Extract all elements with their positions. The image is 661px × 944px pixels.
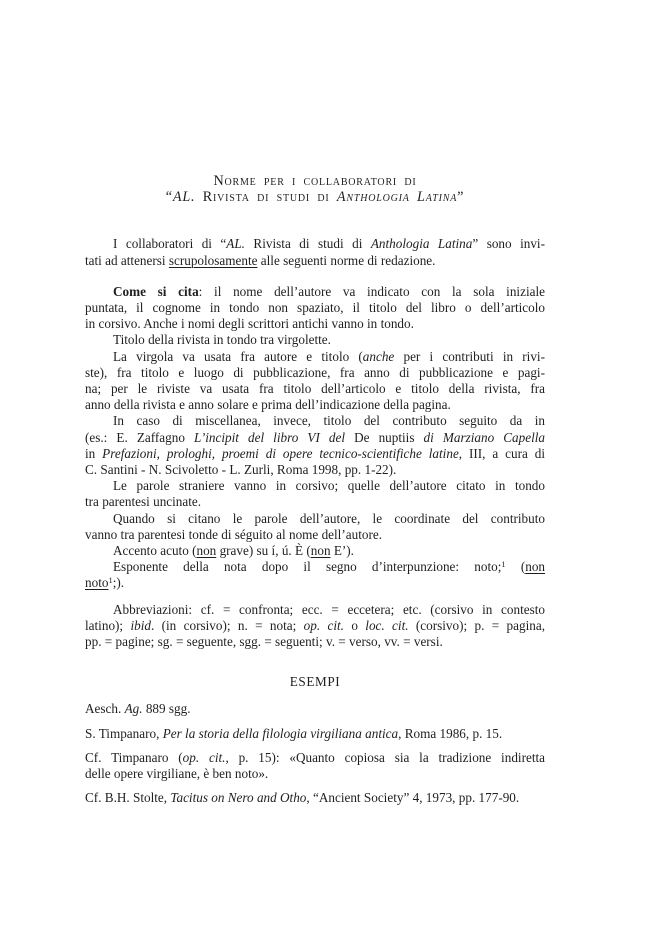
text-run: Quando si citano le parole dell’autore, … bbox=[113, 511, 545, 526]
text-line: In caso di miscellanea, invece, titolo d… bbox=[85, 413, 545, 429]
text-run: Per la storia della filologia virgiliana… bbox=[163, 726, 398, 741]
text-run: . (in corsivo); n. = nota; bbox=[151, 618, 304, 633]
text-run: loc. cit. bbox=[365, 618, 408, 633]
abbreviazioni-paragraph: Abbreviazioni: cf. = confronta; ecc. = e… bbox=[85, 602, 545, 651]
text-line: ste), fra titolo e luogo di pubblicazion… bbox=[85, 365, 545, 381]
text-run: op. cit. bbox=[304, 618, 344, 633]
text-run: grave) su í, ú. È ( bbox=[216, 543, 310, 558]
scanned-document-page: Norme per i collaboratori di“AL. Rivista… bbox=[0, 0, 661, 944]
text-line: latino); ibid. (in corsivo); n. = nota; … bbox=[85, 618, 545, 634]
come-si-cita-paragraph: Come si cita: il nome dell’autore va ind… bbox=[85, 284, 545, 333]
text-run: non bbox=[311, 543, 331, 558]
text-run: La virgola va usata fra autore e titolo … bbox=[113, 349, 363, 364]
text-line: in Prefazioni, prologhi, proemi di opere… bbox=[85, 446, 545, 462]
text-line: ESEMPI bbox=[85, 674, 545, 690]
text-line: (es.: E. Zaffagno L’incipit del libro VI… bbox=[85, 430, 545, 446]
text-run: Cf. B.H. Stolte, bbox=[85, 790, 170, 805]
example-timpanaro: S. Timpanaro, Per la storia della filolo… bbox=[85, 726, 545, 742]
text-line: Abbreviazioni: cf. = confronta; ecc. = e… bbox=[85, 602, 545, 618]
text-run: ” bbox=[457, 189, 464, 205]
text-line: delle opere virgiliane, è ben noto». bbox=[85, 766, 545, 782]
text-run: anno della rivista e anno solare e prima… bbox=[85, 397, 451, 412]
text-run: Esponente della nota dopo il segno d’int… bbox=[113, 559, 501, 574]
text-line: noto1;). bbox=[85, 575, 545, 591]
text-run: anche bbox=[363, 349, 395, 364]
text-line: pp. = pagine; sg. = seguente, sgg. = seg… bbox=[85, 634, 545, 650]
text-run: Rivista di studi di bbox=[195, 189, 337, 205]
text-run: L’incipit del libro VI del bbox=[194, 430, 345, 445]
text-line: Cf. Timpanaro (op. cit., p. 15): «Quanto… bbox=[85, 750, 545, 766]
text-line: “AL. Rivista di studi di Anthologia Lati… bbox=[85, 189, 545, 205]
text-run: Aesch. bbox=[85, 701, 125, 716]
example-stolte: Cf. B.H. Stolte, Tacitus on Nero and Oth… bbox=[85, 790, 545, 806]
text-run: S. Timpanaro, bbox=[85, 726, 163, 741]
text-run: alle seguenti norme di redazione. bbox=[257, 253, 435, 268]
text-run: Accento acuto ( bbox=[113, 543, 196, 558]
example-timpanaro-quote: Cf. Timpanaro (op. cit., p. 15): «Quanto… bbox=[85, 750, 545, 782]
text-line: Aesch. Ag. 889 sgg. bbox=[85, 701, 545, 717]
text-line: Quando si citano le parole dell’autore, … bbox=[85, 511, 545, 527]
text-run: pp. = pagine; sg. = seguente, sgg. = seg… bbox=[85, 634, 443, 649]
text-run: ste), fra titolo e luogo di pubblicazion… bbox=[85, 365, 545, 380]
text-run: ibid bbox=[130, 618, 151, 633]
text-run: Norme per i collaboratori di bbox=[213, 173, 416, 189]
text-run: In caso di miscellanea, invece, titolo d… bbox=[113, 413, 545, 428]
text-line: Le parole straniere vanno in corsivo; qu… bbox=[85, 478, 545, 494]
text-run: in corsivo. Anche i nomi degli scrittori… bbox=[85, 316, 414, 331]
text-run: non bbox=[525, 559, 545, 574]
text-run: Tacitus on Nero and Otho bbox=[170, 790, 306, 805]
text-run: ESEMPI bbox=[290, 674, 341, 689]
text-run: Rivista di studi di bbox=[245, 236, 371, 251]
text-run: , p. 15): «Quanto copiosa sia la tradizi… bbox=[225, 750, 545, 765]
text-run: C. Santini - N. Scivoletto - L. Zurli, R… bbox=[85, 462, 396, 477]
accento-paragraph: Accento acuto (non grave) su í, ú. È (no… bbox=[85, 543, 545, 559]
text-run: tra parentesi uncinate. bbox=[85, 494, 201, 509]
text-run: o bbox=[344, 618, 365, 633]
text-run: AL. bbox=[226, 236, 245, 251]
text-run: Cf. Timpanaro ( bbox=[85, 750, 183, 765]
text-run: non bbox=[196, 543, 216, 558]
text-run: AL. bbox=[173, 189, 196, 205]
text-run: (es.: E. Zaffagno bbox=[85, 430, 194, 445]
text-run: Come si cita bbox=[113, 284, 199, 299]
text-line: puntata, il cognome in tondo non spaziat… bbox=[85, 300, 545, 316]
text-line: anno della rivista e anno solare e prima… bbox=[85, 397, 545, 413]
text-run: na; per le riviste va usata fra titolo d… bbox=[85, 381, 545, 396]
esponente-paragraph: Esponente della nota dopo il segno d’int… bbox=[85, 559, 545, 591]
text-run: I collaboratori di “ bbox=[113, 236, 226, 251]
example-aeschylus: Aesch. Ag. 889 sgg. bbox=[85, 701, 545, 717]
text-line: I collaboratori di “AL. Rivista di studi… bbox=[85, 236, 545, 252]
text-run: latino); bbox=[85, 618, 130, 633]
page-content: Norme per i collaboratori di“AL. Rivista… bbox=[85, 0, 545, 807]
text-line: Cf. B.H. Stolte, Tacitus on Nero and Oth… bbox=[85, 790, 545, 806]
text-run: ” sono invi- bbox=[472, 236, 545, 251]
text-run: delle opere virgiliane, è ben noto». bbox=[85, 766, 268, 781]
text-run: in bbox=[85, 446, 102, 461]
text-run: Ag. bbox=[125, 701, 143, 716]
text-run: Titolo della rivista in tondo tra virgol… bbox=[113, 332, 331, 347]
text-line: Esponente della nota dopo il segno d’int… bbox=[85, 559, 545, 575]
text-line: Accento acuto (non grave) su í, ú. È (no… bbox=[85, 543, 545, 559]
text-run: ( bbox=[506, 559, 526, 574]
text-run: , “Ancient Society” 4, 1973, pp. 177-90. bbox=[306, 790, 519, 805]
text-run: E’). bbox=[331, 543, 354, 558]
text-run: Abbreviazioni: cf. = confronta; ecc. = e… bbox=[113, 602, 545, 617]
text-run: ;). bbox=[113, 575, 124, 590]
text-line: S. Timpanaro, Per la storia della filolo… bbox=[85, 726, 545, 742]
text-line: tati ad attenersi scrupolosamente alle s… bbox=[85, 253, 545, 269]
text-line: C. Santini - N. Scivoletto - L. Zurli, R… bbox=[85, 462, 545, 478]
text-run: De nuptiis bbox=[345, 430, 424, 445]
text-run: per i contributi in rivi- bbox=[394, 349, 545, 364]
text-run: 889 sgg. bbox=[143, 701, 191, 716]
virgola-paragraph: La virgola va usata fra autore e titolo … bbox=[85, 349, 545, 414]
text-run: : il nome dell’autore va indicato con la… bbox=[199, 284, 545, 299]
text-run: vanno tra parentesi tonde di séguito al … bbox=[85, 527, 382, 542]
text-line: vanno tra parentesi tonde di séguito al … bbox=[85, 527, 545, 543]
esempi-heading: ESEMPI bbox=[85, 674, 545, 690]
text-run: tati ad attenersi bbox=[85, 253, 169, 268]
text-line: Norme per i collaboratori di bbox=[85, 173, 545, 189]
text-run: , III, a cura di bbox=[459, 446, 545, 461]
text-run: scrupolosamente bbox=[169, 253, 258, 268]
text-run: Anthologia Latina bbox=[337, 189, 457, 205]
text-run: (corsivo); p. = pagina, bbox=[409, 618, 545, 633]
text-run: Anthologia Latina bbox=[371, 236, 473, 251]
text-line: in corsivo. Anche i nomi degli scrittori… bbox=[85, 316, 545, 332]
titolo-rivista-paragraph: Titolo della rivista in tondo tra virgol… bbox=[85, 332, 545, 348]
text-run: noto bbox=[85, 575, 108, 590]
main-title: Norme per i collaboratori di“AL. Rivista… bbox=[85, 173, 545, 205]
text-line: Titolo della rivista in tondo tra virgol… bbox=[85, 332, 545, 348]
text-run: “ bbox=[166, 189, 173, 205]
text-line: tra parentesi uncinate. bbox=[85, 494, 545, 510]
intro-paragraph: I collaboratori di “AL. Rivista di studi… bbox=[85, 236, 545, 268]
text-run: Prefazioni, prologhi, proemi di opere te… bbox=[102, 446, 459, 461]
text-line: na; per le riviste va usata fra titolo d… bbox=[85, 381, 545, 397]
text-run: puntata, il cognome in tondo non spaziat… bbox=[85, 300, 545, 315]
text-run: , Roma 1986, p. 15. bbox=[398, 726, 502, 741]
citazioni-paragraph: Quando si citano le parole dell’autore, … bbox=[85, 511, 545, 543]
text-line: La virgola va usata fra autore e titolo … bbox=[85, 349, 545, 365]
text-run: op. cit. bbox=[183, 750, 226, 765]
text-run: Le parole straniere vanno in corsivo; qu… bbox=[113, 478, 545, 493]
miscellanea-paragraph: In caso di miscellanea, invece, titolo d… bbox=[85, 413, 545, 478]
parole-straniere-paragraph: Le parole straniere vanno in corsivo; qu… bbox=[85, 478, 545, 510]
text-run: di Marziano Capella bbox=[424, 430, 545, 445]
text-line: Come si cita: il nome dell’autore va ind… bbox=[85, 284, 545, 300]
